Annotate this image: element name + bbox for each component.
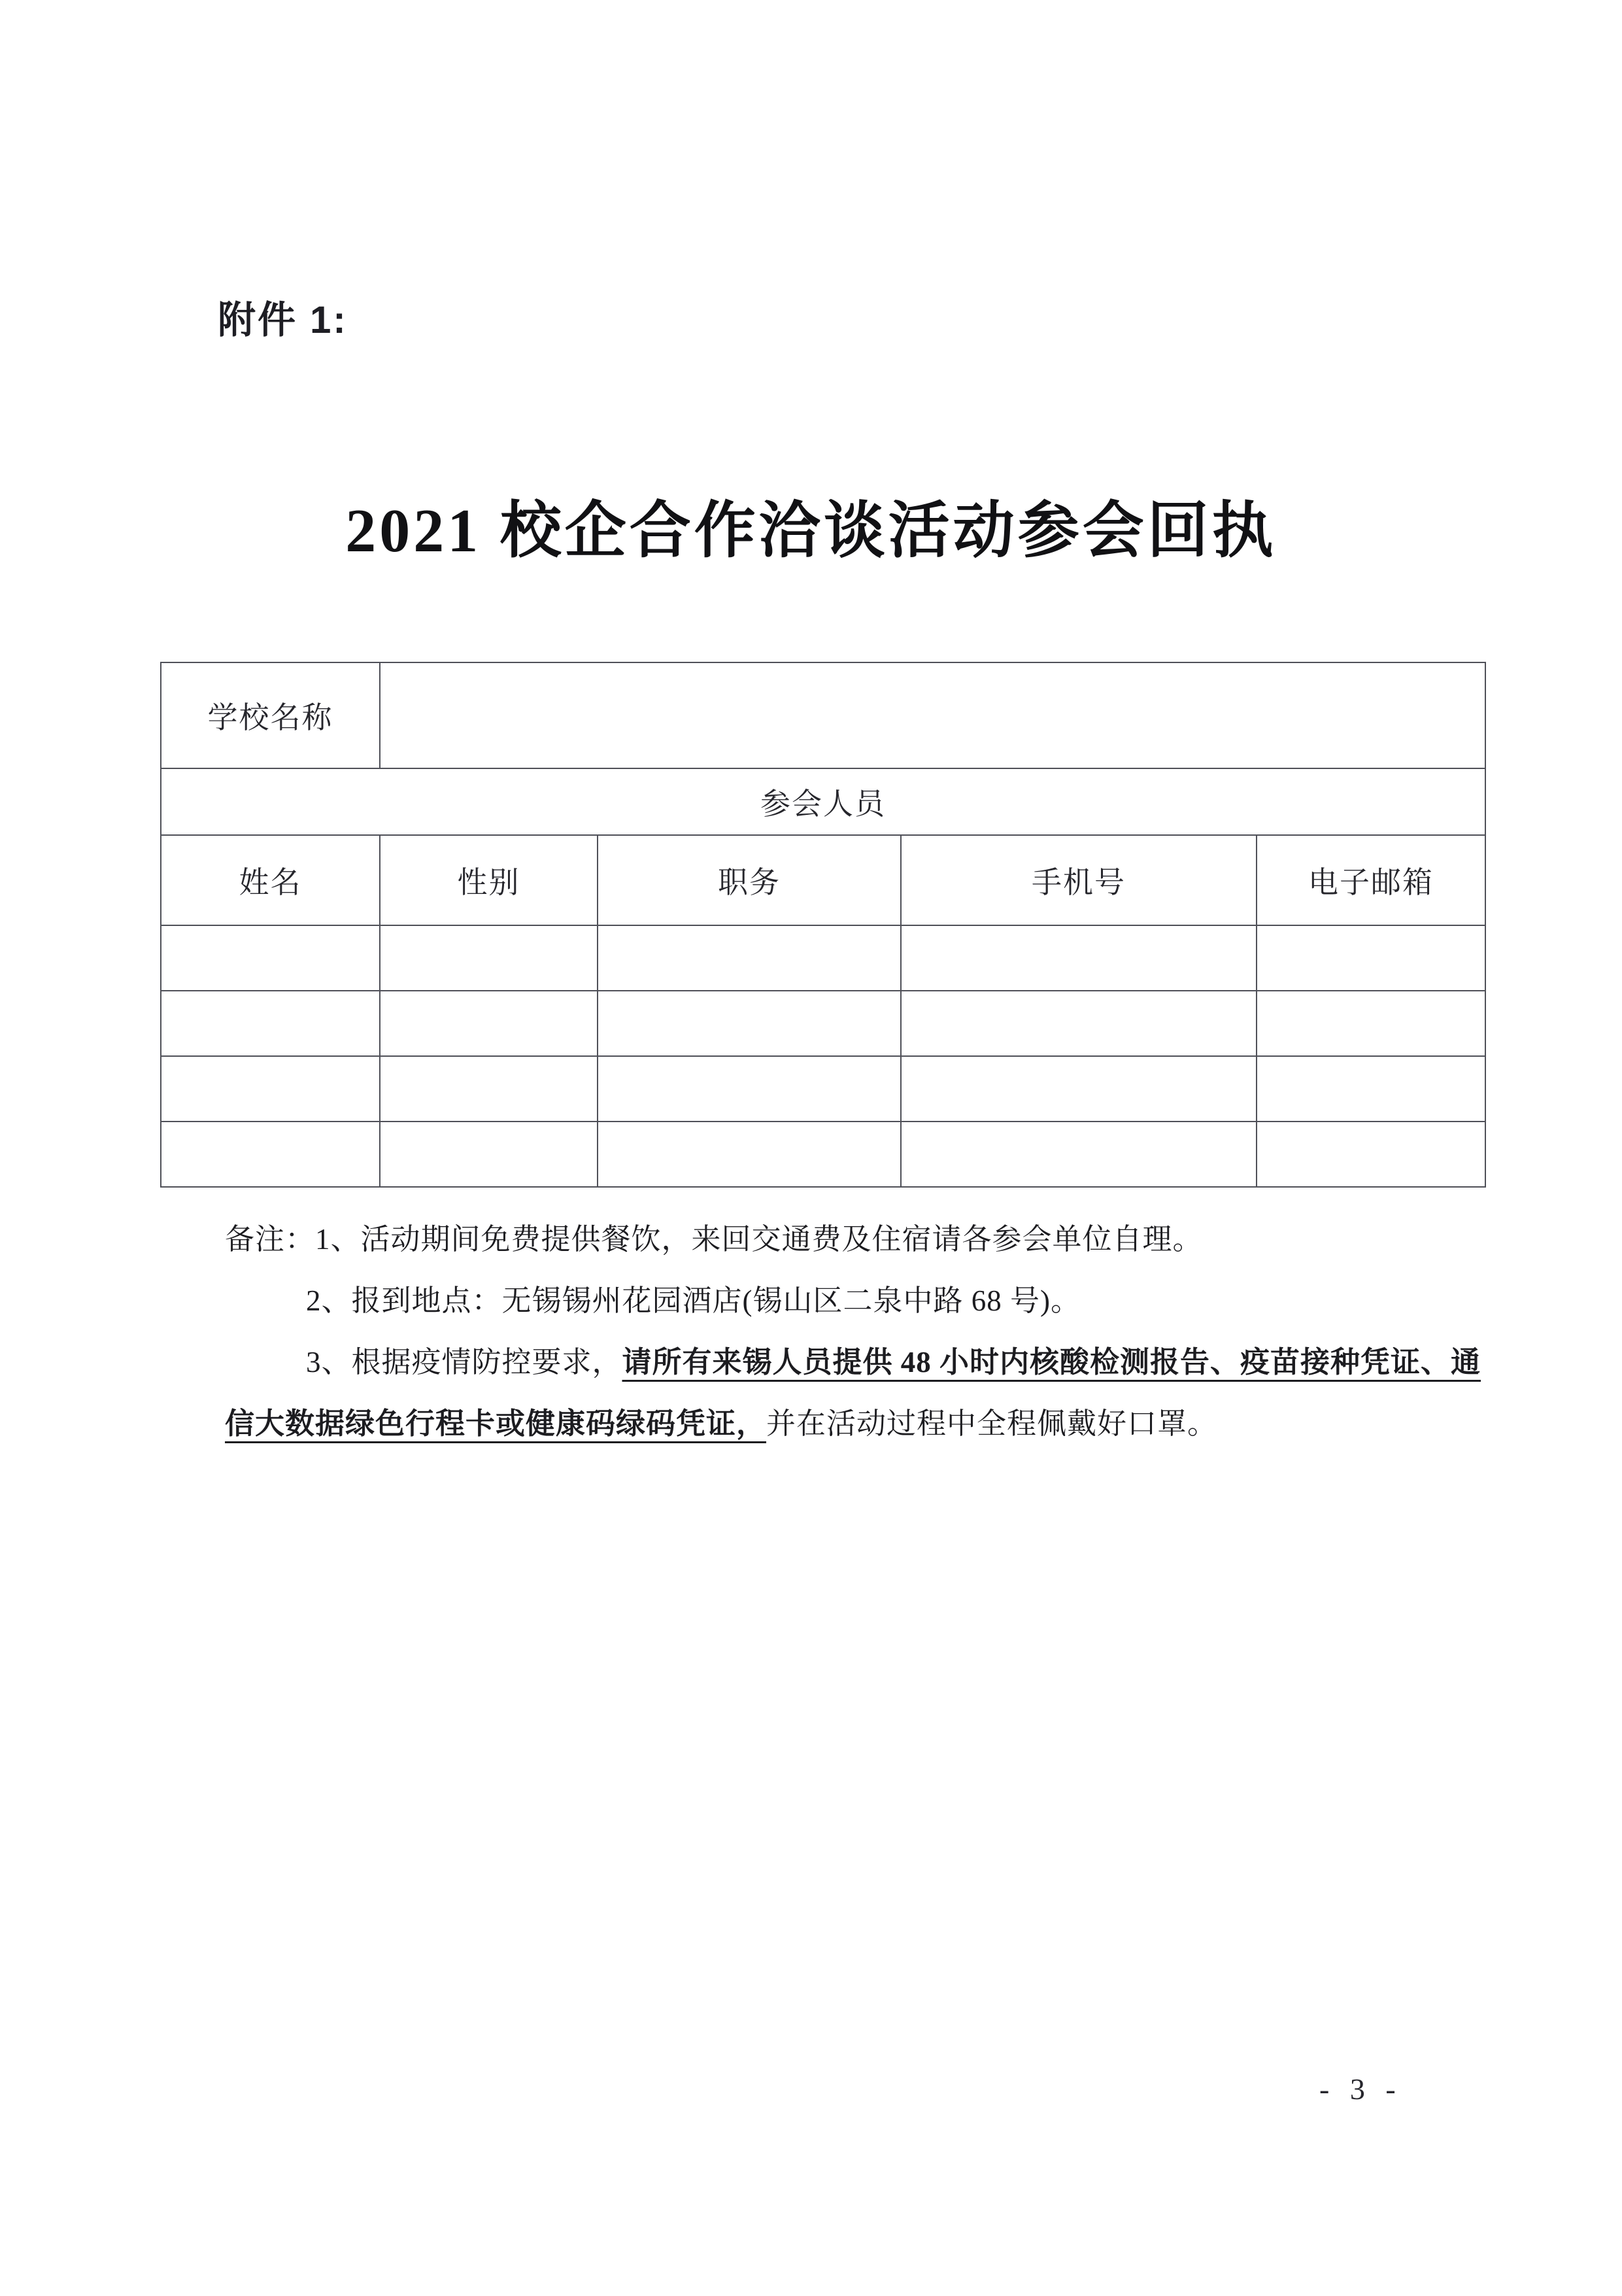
notes-line-1: 备注：1、活动期间免费提供餐饮，来回交通费及住宿请各参会单位自理。 <box>225 1215 1203 1258</box>
column-header-mobile: 手机号 <box>901 835 1257 925</box>
notes-label: 备注： <box>225 1223 315 1256</box>
school-name-label: 学校名称 <box>161 662 380 768</box>
table-row-empty-1 <box>161 925 1485 991</box>
page-number: - 3 - <box>1319 2072 1402 2106</box>
empty-cell <box>161 991 380 1056</box>
school-name-value-cell <box>380 662 1485 768</box>
note-3-suffix: 并在活动过程中全程佩戴好口罩。 <box>766 1407 1217 1440</box>
empty-cell <box>1257 1056 1485 1122</box>
notes-line-4: 信大数据绿色行程卡或健康码绿码凭证，并在活动过程中全程佩戴好口罩。 <box>225 1399 1217 1442</box>
column-header-gender: 性别 <box>380 835 598 925</box>
note-3-emphasis-part2: 信大数据绿色行程卡或健康码绿码凭证， <box>225 1407 766 1440</box>
table-row-column-headers: 姓名 性别 职务 手机号 电子邮箱 <box>161 835 1485 925</box>
empty-cell <box>161 925 380 991</box>
column-header-email: 电子邮箱 <box>1257 835 1485 925</box>
empty-cell <box>380 1122 598 1187</box>
empty-cell <box>598 991 901 1056</box>
empty-cell <box>1257 925 1485 991</box>
document-page: 附件 1: 2021 校企合作洽谈活动参会回执 学校名称 参会人员 姓名 性别 … <box>0 0 1622 2296</box>
table-row-school-name: 学校名称 <box>161 662 1485 768</box>
participants-section-header: 参会人员 <box>161 768 1485 835</box>
empty-cell <box>901 991 1257 1056</box>
empty-cell <box>901 1056 1257 1122</box>
empty-cell <box>901 1122 1257 1187</box>
note-3-emphasis-part1: 请所有来锡人员提供 48 小时内核酸检测报告、疫苗接种凭证、通 <box>622 1346 1481 1379</box>
empty-cell <box>380 991 598 1056</box>
column-header-title: 职务 <box>598 835 901 925</box>
empty-cell <box>598 925 901 991</box>
empty-cell <box>1257 991 1485 1056</box>
notes-line-3: 3、根据疫情防控要求，请所有来锡人员提供 48 小时内核酸检测报告、疫苗接种凭证… <box>306 1338 1481 1380</box>
column-header-name: 姓名 <box>161 835 380 925</box>
table-row-empty-4 <box>161 1122 1485 1187</box>
table-row-participants-header: 参会人员 <box>161 768 1485 835</box>
empty-cell <box>1257 1122 1485 1187</box>
empty-cell <box>901 925 1257 991</box>
table-row-empty-3 <box>161 1056 1485 1122</box>
attachment-label: 附件 1: <box>218 289 348 344</box>
note-2-text: 2、报到地点：无锡锡州花园酒店(锡山区二泉中路 68 号)。 <box>306 1284 1081 1317</box>
empty-cell <box>380 1056 598 1122</box>
notes-line-2: 2、报到地点：无锡锡州花园酒店(锡山区二泉中路 68 号)。 <box>306 1277 1081 1319</box>
table-row-empty-2 <box>161 991 1485 1056</box>
note-3-prefix: 3、根据疫情防控要求， <box>306 1346 622 1379</box>
empty-cell <box>161 1122 380 1187</box>
participants-table: 学校名称 参会人员 姓名 性别 职务 手机号 电子邮箱 <box>160 662 1486 1188</box>
note-1-text: 1、活动期间免费提供餐饮，来回交通费及住宿请各参会单位自理。 <box>315 1223 1203 1256</box>
empty-cell <box>598 1056 901 1122</box>
empty-cell <box>598 1122 901 1187</box>
empty-cell <box>380 925 598 991</box>
page-title: 2021 校企合作洽谈活动参会回执 <box>0 481 1622 569</box>
empty-cell <box>161 1056 380 1122</box>
